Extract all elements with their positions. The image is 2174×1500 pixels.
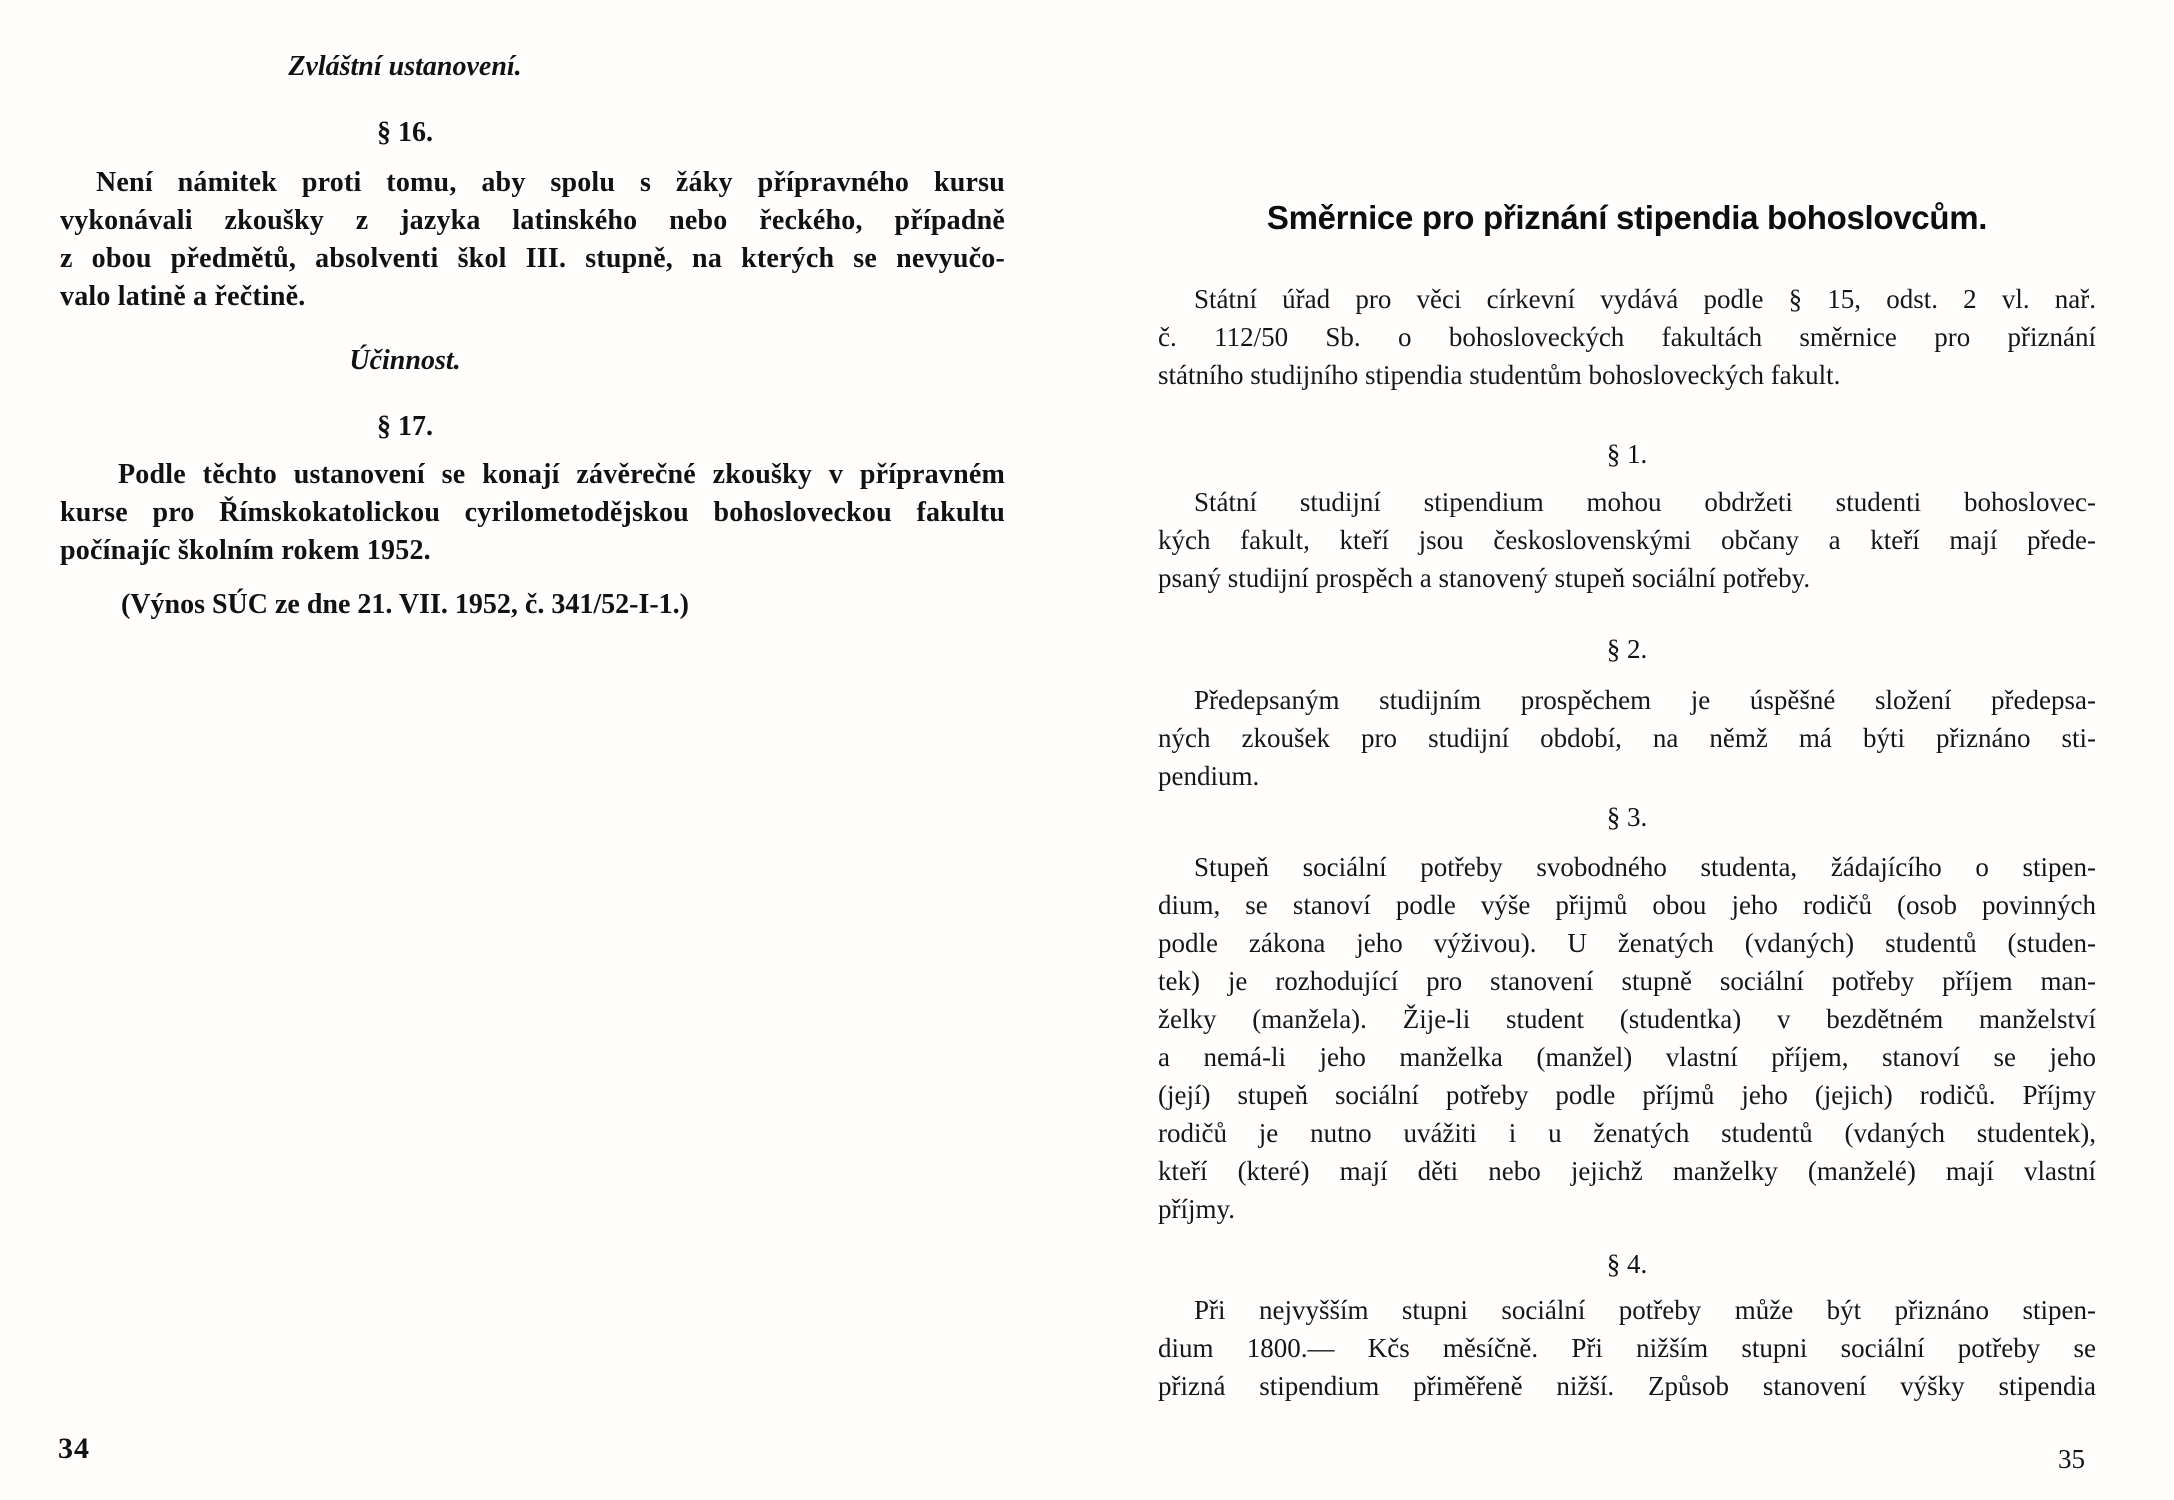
paragraph-line: (její) stupeň sociální potřeby podle pří… [1158,1076,2096,1114]
paragraph-17-label: § 17. [60,410,750,444]
paragraph-line: dium 1800.— Kčs měsíčně. Při nižším stup… [1158,1329,2096,1367]
paragraph-line: a nemá-li jeho manželka (manžel) vlastní… [1158,1038,2096,1076]
section-1-paragraph: Státní studijní stipendium mohou obdržet… [1158,483,2096,597]
paragraph-line: Předepsaným studijním prospěchem je úspě… [1158,681,2096,719]
paragraph-line: kteří (které) mají děti nebo jejichž man… [1158,1152,2096,1190]
effectiveness-heading: Účinnost. [60,344,750,378]
section-3-label: § 3. [1158,800,2096,834]
page-number-right: 35 [2058,1444,2085,1475]
section-4-label: § 4. [1158,1247,2096,1281]
paragraph-line: rodičů je nutno uvážiti i u ženatých stu… [1158,1114,2096,1152]
intro-paragraph: Státní úřad pro věci církevní vydává pod… [1158,280,2096,394]
paragraph-line: želky (manžela). Žije-li student (studen… [1158,1000,2096,1038]
paragraph-16-label: § 16. [60,116,750,150]
paragraph-line: vykonávali zkoušky z jazyka latinského n… [60,202,1005,240]
paragraph-line: valo latině a řečtině. [60,278,1005,316]
paragraph-line: kurse pro Římskokatolickou cyrilometoděj… [60,494,1005,532]
paragraph-line: tek) je rozhodující pro stanovení stupně… [1158,962,2096,1000]
paragraph-17: Podle těchto ustanovení se konají závěre… [60,456,1005,570]
section-2-paragraph: Předepsaným studijním prospěchem je úspě… [1158,681,2096,795]
paragraph-line: psaný studijní prospěch a stanovený stup… [1158,559,2096,597]
paragraph-line: Není námitek proti tomu, aby spolu s žák… [60,164,1005,202]
paragraph-16: Není námitek proti tomu, aby spolu s žák… [60,164,1005,316]
paragraph-line: příjmy. [1158,1190,2096,1228]
paragraph-line: přizná stipendium přiměřeně nižší. Způso… [1158,1367,2096,1405]
decree-citation: (Výnos SÚC ze dne 21. VII. 1952, č. 341/… [60,588,750,622]
section-2-label: § 2. [1158,632,2096,666]
paragraph-line: počínajíc školním rokem 1952. [60,532,1005,570]
paragraph-line: z obou předmětů, absolventi škol III. st… [60,240,1005,278]
paragraph-line: podle zákona jeho výživou). U ženatých (… [1158,924,2096,962]
paragraph-line: Podle těchto ustanovení se konají závěre… [60,456,1005,494]
paragraph-line: Státní studijní stipendium mohou obdržet… [1158,483,2096,521]
special-provisions-heading: Zvláštní ustanovení. [60,50,750,84]
paragraph-line: státního studijního stipendia studentům … [1158,356,2096,394]
paragraph-line: pendium. [1158,757,2096,795]
page-number-left: 34 [58,1432,90,1466]
paragraph-line: Státní úřad pro věci církevní vydává pod… [1158,280,2096,318]
section-1-label: § 1. [1158,437,2096,471]
paragraph-line: dium, se stanoví podle výše přijmů obou … [1158,886,2096,924]
book-spread: Zvláštní ustanovení. § 16. Není námitek … [0,0,2174,1500]
paragraph-line: Při nejvyšším stupni sociální potřeby mů… [1158,1291,2096,1329]
paragraph-line: Stupeň sociální potřeby svobodného stude… [1158,848,2096,886]
paragraph-line: ných zkoušek pro studijní období, na něm… [1158,719,2096,757]
directive-title: Směrnice pro přiznání stipendia bohoslov… [1158,198,2096,238]
paragraph-line: kých fakult, kteří jsou československými… [1158,521,2096,559]
section-4-paragraph: Při nejvyšším stupni sociální potřeby mů… [1158,1291,2096,1405]
paragraph-line: č. 112/50 Sb. o bohosloveckých fakultách… [1158,318,2096,356]
section-3-paragraph: Stupeň sociální potřeby svobodného stude… [1158,848,2096,1228]
